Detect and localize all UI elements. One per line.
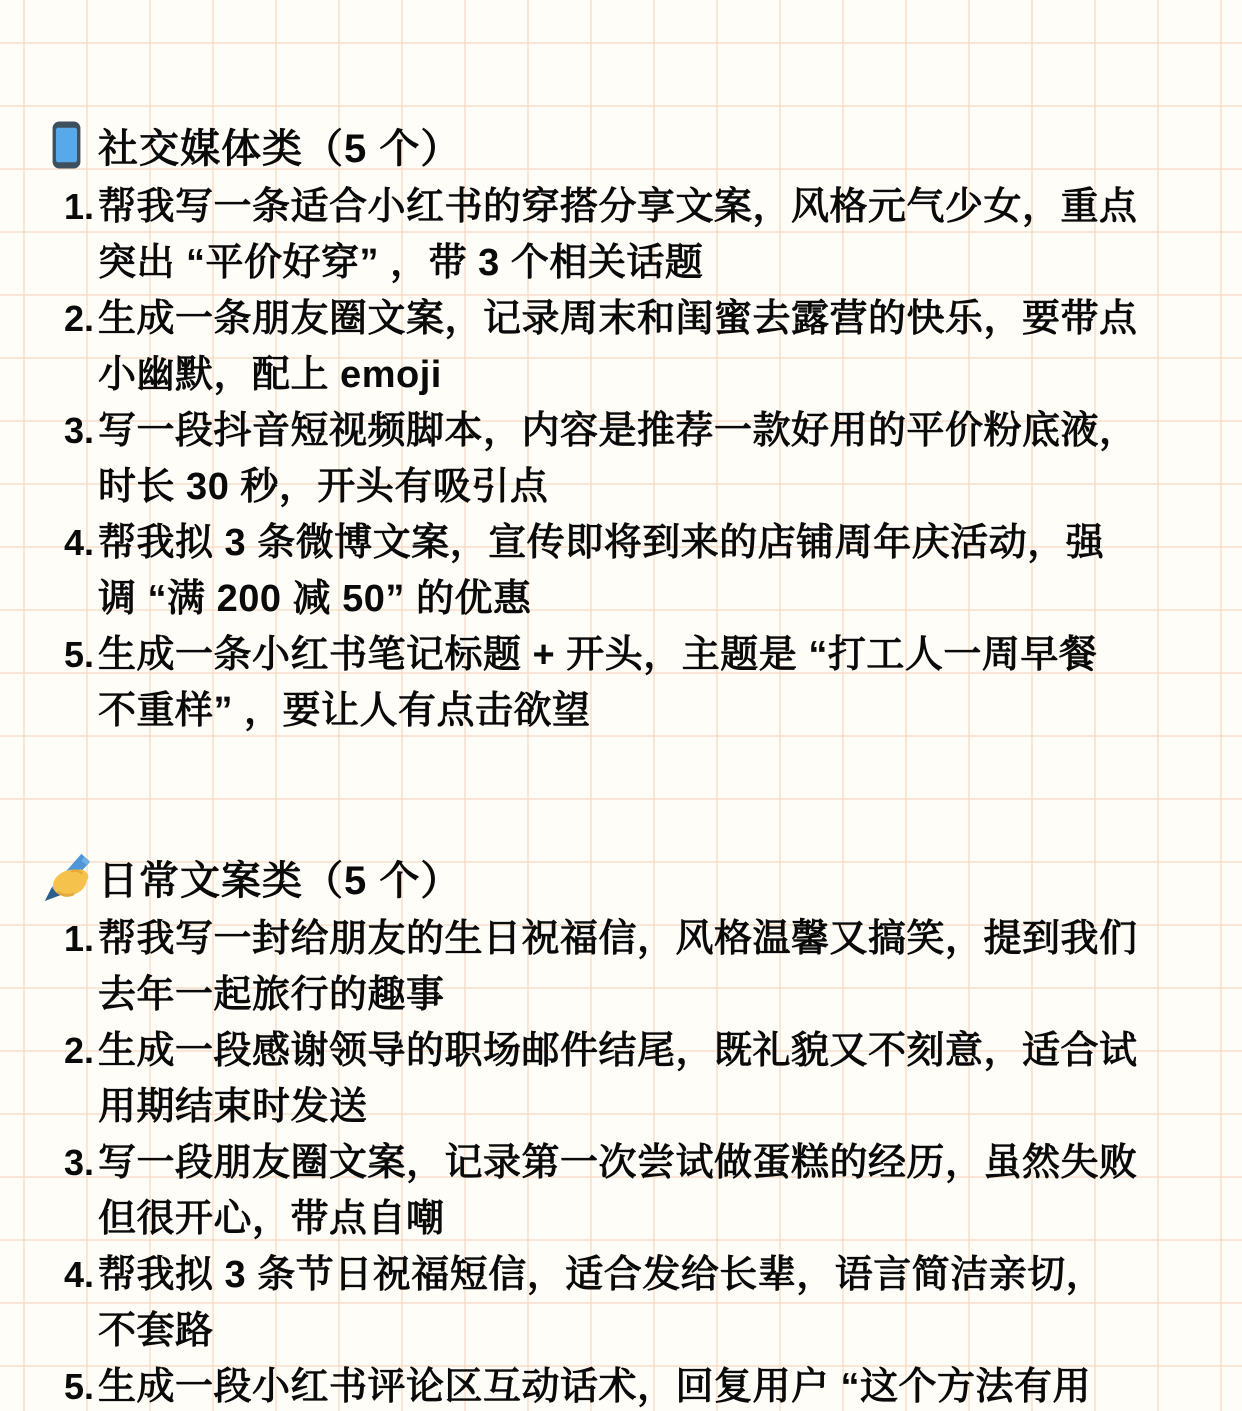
section-title: 社交媒体类（5 个） <box>98 117 461 174</box>
item-text: 生成一段小红书评论区互动话术，回复用户 “这个方法有用 <box>98 1359 1091 1411</box>
list-item: 5. 生成一条小红书笔记标题 + 开头，主题是 “打工人一周早餐 不重样” ，要… <box>0 627 1242 739</box>
item-text: 生成一段感谢领导的职场邮件结尾，既礼貌又不刻意，适合试 用期结束时发送 <box>98 1023 1138 1135</box>
item-number: 1. <box>64 911 98 967</box>
item-text: 写一段抖音短视频脚本，内容是推荐一款好用的平价粉底液， 时长 30 秒，开头有吸… <box>98 403 1138 515</box>
item-text: 帮我写一条适合小红书的穿搭分享文案，风格元气少女，重点 突出 “平价好穿” ，带… <box>98 179 1138 291</box>
item-number: 4. <box>64 515 98 571</box>
item-number: 3. <box>64 1135 98 1191</box>
item-text: 帮我拟 3 条微博文案，宣传即将到来的店铺周年庆活动，强 调 “满 200 减 … <box>98 515 1104 627</box>
list-item: 3. 写一段抖音短视频脚本，内容是推荐一款好用的平价粉底液， 时长 30 秒，开… <box>0 403 1242 515</box>
prompt-list-daily: 1. 帮我写一封给朋友的生日祝福信，风格温馨又搞笑，提到我们 去年一起旅行的趣事… <box>0 911 1242 1411</box>
section-header: 日常文案类（5 个） <box>0 846 1242 908</box>
section-header: 社交媒体类（5 个） <box>0 114 1242 176</box>
list-item: 5. 生成一段小红书评论区互动话术，回复用户 “这个方法有用 <box>0 1359 1242 1411</box>
section-social-media: 社交媒体类（5 个） 1. 帮我写一条适合小红书的穿搭分享文案，风格元气少女，重… <box>0 114 1242 739</box>
item-number: 5. <box>64 1359 98 1411</box>
prompt-list-social: 1. 帮我写一条适合小红书的穿搭分享文案，风格元气少女，重点 突出 “平价好穿”… <box>0 179 1242 739</box>
item-text: 帮我写一封给朋友的生日祝福信，风格温馨又搞笑，提到我们 去年一起旅行的趣事 <box>98 911 1138 1023</box>
prompt-collection-page: 社交媒体类（5 个） 1. 帮我写一条适合小红书的穿搭分享文案，风格元气少女，重… <box>0 0 1242 1411</box>
section-daily-copywriting: 日常文案类（5 个） 1. 帮我写一封给朋友的生日祝福信，风格温馨又搞笑，提到我… <box>0 846 1242 1411</box>
mobile-phone-icon <box>38 121 94 169</box>
item-number: 1. <box>64 179 98 235</box>
writing-hand-icon <box>38 852 94 902</box>
list-item: 2. 生成一条朋友圈文案，记录周末和闺蜜去露营的快乐，要带点 小幽默，配上 em… <box>0 291 1242 403</box>
list-item: 4. 帮我拟 3 条节日祝福短信，适合发给长辈，语言简洁亲切， 不套路 <box>0 1247 1242 1359</box>
list-item: 3. 写一段朋友圈文案，记录第一次尝试做蛋糕的经历，虽然失败 但很开心，带点自嘲 <box>0 1135 1242 1247</box>
section-title: 日常文案类（5 个） <box>98 849 461 906</box>
item-number: 2. <box>64 291 98 347</box>
item-number: 3. <box>64 403 98 459</box>
item-number: 4. <box>64 1247 98 1303</box>
item-number: 5. <box>64 627 98 683</box>
list-item: 2. 生成一段感谢领导的职场邮件结尾，既礼貌又不刻意，适合试 用期结束时发送 <box>0 1023 1242 1135</box>
list-item: 1. 帮我写一封给朋友的生日祝福信，风格温馨又搞笑，提到我们 去年一起旅行的趣事 <box>0 911 1242 1023</box>
item-text: 生成一条朋友圈文案，记录周末和闺蜜去露营的快乐，要带点 小幽默，配上 emoji <box>98 291 1138 403</box>
item-text: 生成一条小红书笔记标题 + 开头，主题是 “打工人一周早餐 不重样” ，要让人有… <box>98 627 1097 739</box>
item-number: 2. <box>64 1023 98 1079</box>
item-text: 写一段朋友圈文案，记录第一次尝试做蛋糕的经历，虽然失败 但很开心，带点自嘲 <box>98 1135 1138 1247</box>
list-item: 4. 帮我拟 3 条微博文案，宣传即将到来的店铺周年庆活动，强 调 “满 200… <box>0 515 1242 627</box>
list-item: 1. 帮我写一条适合小红书的穿搭分享文案，风格元气少女，重点 突出 “平价好穿”… <box>0 179 1242 291</box>
item-text: 帮我拟 3 条节日祝福短信，适合发给长辈，语言简洁亲切， 不套路 <box>98 1247 1104 1359</box>
